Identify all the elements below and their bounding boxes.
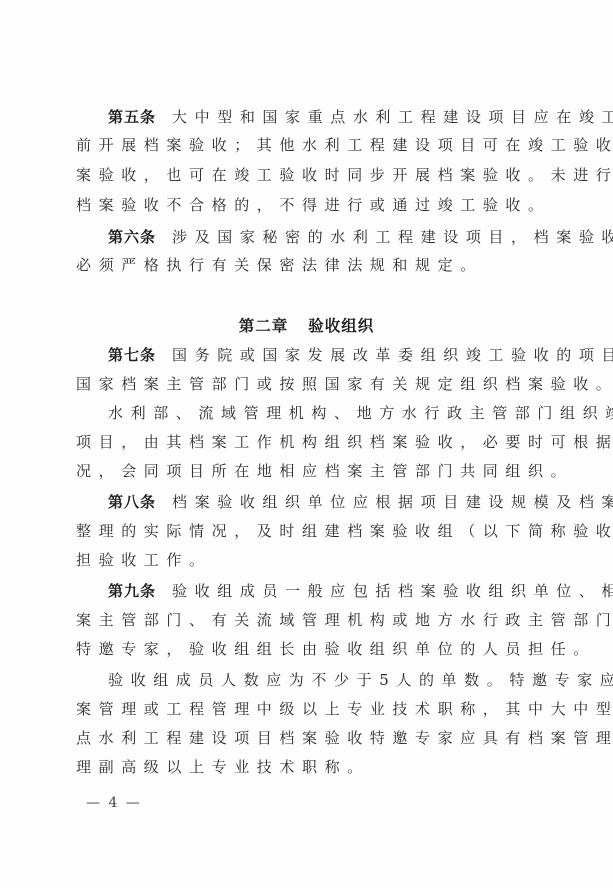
article-8-line-1: 第八条档案验收组织单位应根据项目建设规模及档案收集 bbox=[108, 490, 578, 514]
article-9-p2-line-1: 验收组成员人数应为不少于5人的单数。特邀专家应具有档 bbox=[108, 668, 578, 692]
article-5-line-3: 案验收，也可在竣工验收时同步开展档案验收。未进行档案验收或 bbox=[76, 163, 546, 187]
article-7-p2-line-2: 项目，由其档案工作机构组织档案验收，必要时可根据项目实际情 bbox=[76, 430, 546, 454]
article-8-line-2: 整理的实际情况，及时组建档案验收组（以下简称验收组）具体承 bbox=[76, 519, 546, 543]
article-text: 涉及国家秘密的水利工程建设项目，档案验收工作 bbox=[172, 228, 613, 246]
article-5-line-1: 第五条大中型和国家重点水利工程建设项目应在竣工验收 bbox=[108, 105, 578, 129]
article-9-p2-line-4: 理副高级以上专业技术职称。 bbox=[76, 755, 546, 779]
article-7-line-2: 国家档案主管部门或按照国家有关规定组织档案验收。 bbox=[76, 372, 546, 396]
article-6-label: 第六条 bbox=[108, 228, 156, 246]
article-7-p2-line-1: 水利部、流域管理机构、地方水行政主管部门组织竣工验收的 bbox=[108, 401, 578, 425]
article-7-p2-line-3: 况，会同项目所在地相应档案主管部门共同组织。 bbox=[76, 459, 546, 483]
article-9-p2-line-2: 案管理或工程管理中级以上专业技术职称，其中大中型和国家重 bbox=[76, 697, 546, 721]
page-number: — 4 — bbox=[86, 795, 142, 811]
document-page: 第五条大中型和国家重点水利工程建设项目应在竣工验收 前开展档案验收；其他水利工程… bbox=[0, 0, 613, 888]
article-text: 大中型和国家重点水利工程建设项目应在竣工验收 bbox=[172, 108, 613, 126]
chapter-heading: 第二章验收组织 bbox=[0, 314, 613, 336]
article-text: 验收组成员一般应包括档案验收组织单位、相应档 bbox=[172, 582, 613, 600]
chapter-number: 第二章 bbox=[239, 317, 289, 335]
article-5-line-2: 前开展档案验收；其他水利工程建设项目可在竣工验收前开展档 bbox=[76, 133, 546, 157]
article-8-label: 第八条 bbox=[108, 493, 156, 511]
article-9-line-3: 特邀专家，验收组组长由验收组织单位的人员担任。 bbox=[76, 637, 546, 661]
article-9-label: 第九条 bbox=[108, 582, 156, 600]
article-text: 档案验收组织单位应根据项目建设规模及档案收集 bbox=[172, 493, 613, 511]
article-9-line-1: 第九条验收组成员一般应包括档案验收组织单位、相应档 bbox=[108, 579, 578, 603]
article-9-p2-line-3: 点水利工程建设项目档案验收特邀专家应具有档案管理或工程管 bbox=[76, 726, 546, 750]
article-5-line-4: 档案验收不合格的，不得进行或通过竣工验收。 bbox=[76, 193, 546, 217]
article-6-line-2: 必须严格执行有关保密法律法规和规定。 bbox=[76, 253, 546, 277]
article-7-label: 第七条 bbox=[108, 346, 156, 364]
article-text: 国务院或国家发展改革委组织竣工验收的项目，由 bbox=[172, 346, 613, 364]
article-9-line-2: 案主管部门、有关流域管理机构或地方水行政主管部门的人员及 bbox=[76, 608, 546, 632]
chapter-title: 验收组织 bbox=[308, 317, 374, 335]
article-8-line-3: 担验收工作。 bbox=[76, 548, 546, 572]
article-7-line-1: 第七条国务院或国家发展改革委组织竣工验收的项目，由 bbox=[108, 343, 578, 367]
article-6-line-1: 第六条涉及国家秘密的水利工程建设项目，档案验收工作 bbox=[108, 225, 578, 249]
article-5-label: 第五条 bbox=[108, 108, 156, 126]
